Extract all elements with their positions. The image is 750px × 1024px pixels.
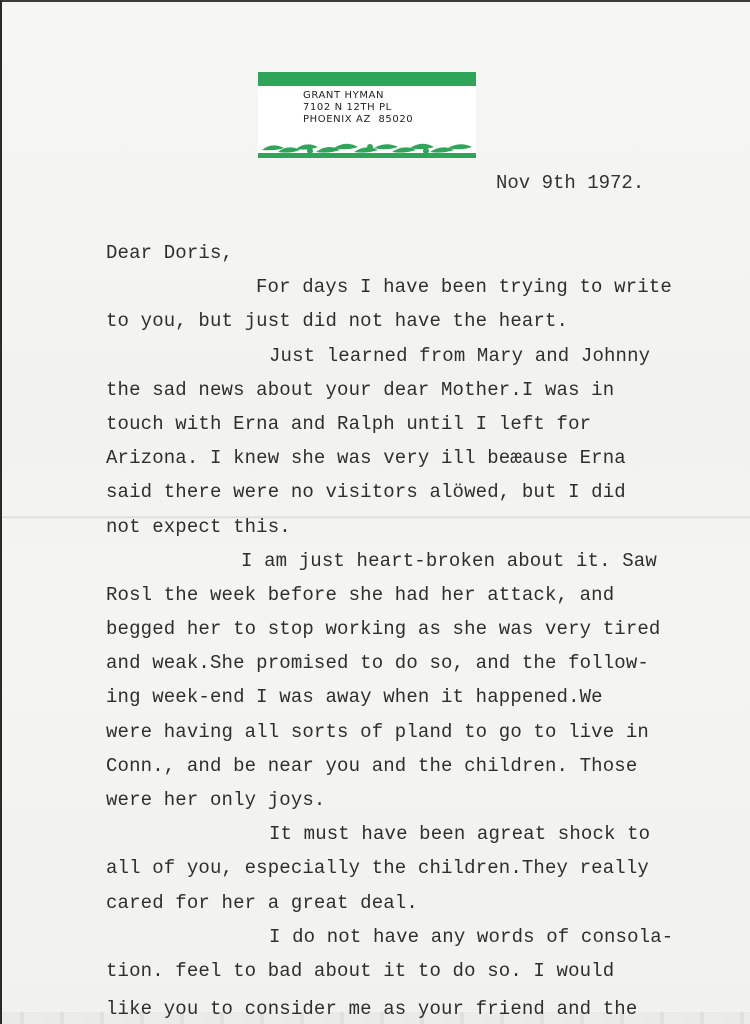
letter-line: the sad news about your dear Mother.I wa… [106, 373, 750, 407]
letter-line: Rosl the week before she had her attack,… [106, 578, 750, 612]
letter-line: tion. feel to bad about it to do so. I w… [106, 954, 750, 988]
letter-line: were her only joys. [106, 783, 750, 817]
letter-line: I do not have any words of consola- [106, 920, 750, 954]
return-address-label: GRANT HYMAN 7102 N 12TH PL PHOENIX AZ 85… [258, 72, 476, 158]
sender-city-state-zip: PHOENIX AZ 85020 [303, 114, 413, 126]
letter-page: GRANT HYMAN 7102 N 12TH PL PHOENIX AZ 85… [0, 0, 750, 1024]
letter-date: Nov 9th 1972. [496, 172, 644, 194]
letter-line: cared for her a great deal. [106, 886, 750, 920]
letter-line: For days I have been trying to write [106, 270, 750, 304]
leaf-garland-icon [258, 138, 476, 158]
label-green-bar [258, 72, 476, 86]
letter-line: Conn., and be near you and the children.… [106, 749, 750, 783]
letter-line: ing week-end I was away when it happened… [106, 680, 750, 714]
letter-line: all of you, especially the children.They… [106, 851, 750, 885]
letter-line: not expect this. [106, 510, 750, 544]
sender-name: GRANT HYMAN [303, 90, 413, 102]
letter-line: I am just heart-broken about it. Saw [106, 544, 750, 578]
return-address: GRANT HYMAN 7102 N 12TH PL PHOENIX AZ 85… [303, 90, 413, 126]
salutation: Dear Doris, [106, 236, 750, 270]
letter-line: said there were no visitors alöwed, but … [106, 475, 750, 509]
letter-line: were having all sorts of pland to go to … [106, 715, 750, 749]
sender-street: 7102 N 12TH PL [303, 102, 413, 114]
letter-line: It must have been agreat shock to [106, 817, 750, 851]
letter-line: and weak.She promised to do so, and the … [106, 646, 750, 680]
letter-line: Just learned from Mary and Johnny [106, 339, 750, 373]
letter-line: like you to consider me as your friend a… [106, 992, 750, 1024]
letter-body: Dear Doris, For days I have been trying … [106, 236, 750, 1024]
letter-line: to you, but just did not have the heart. [106, 304, 750, 338]
letter-line: touch with Erna and Ralph until I left f… [106, 407, 750, 441]
letter-line: Arizona. I knew she was very ill beæause… [106, 441, 750, 475]
letter-line: begged her to stop working as she was ve… [106, 612, 750, 646]
